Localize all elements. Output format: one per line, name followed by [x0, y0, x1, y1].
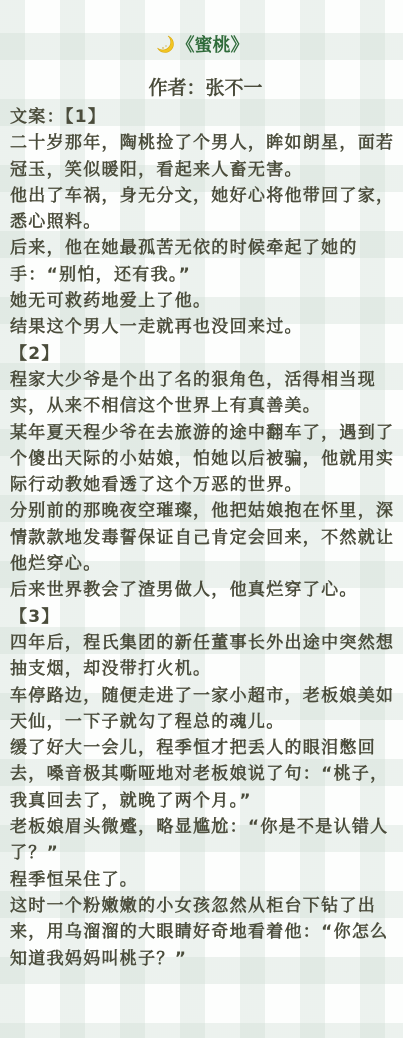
section-marker: 【2】: [10, 341, 400, 367]
text-line: 程家大少爷是个出了名的狠角色，活得相当现: [10, 367, 400, 393]
text-line: 情款款地发毒誓保证自己肯定会回来，不然就让: [10, 525, 400, 551]
text-line: 二十岁那年，陶桃捡了个男人，眸如朗星，面若: [10, 130, 400, 156]
text-line: 知道我妈妈叫桃子？”: [10, 946, 400, 972]
text-line: 抽支烟，却没带打火机。: [10, 656, 400, 682]
text-line: 悉心照料。: [10, 209, 400, 235]
section-marker: 【3】: [10, 604, 400, 630]
text-line: 缓了好大一会儿，程季恒才把丢人的眼泪憋回: [10, 735, 400, 761]
text-line: 后来世界教会了渣男做人，他真烂穿了心。: [10, 577, 400, 603]
text-line: 实，从来不相信这个世界上有真善美。: [10, 393, 400, 419]
author-line: 作者：张不一: [0, 75, 403, 101]
text-line: 他出了车祸，身无分文，她好心将他带回了家，: [10, 183, 400, 209]
text-line: 冠玉，笑似暖阳，看起来人畜无害。: [10, 157, 400, 183]
text-line: 程季恒呆住了。: [10, 867, 400, 893]
text-line: 个傻出天际的小姑娘，怕她以后被骗，他就用实: [10, 446, 400, 472]
text-line: 了？”: [10, 840, 400, 866]
text-line: 老板娘眉头微蹙，略显尴尬：“你是不是认错人: [10, 814, 400, 840]
text-line: 天仙，一下子就勾了程总的魂儿。: [10, 709, 400, 735]
text-line: 际行动教她看透了这个万恶的世界。: [10, 472, 400, 498]
book-title: 《蜜桃》: [177, 35, 249, 56]
text-line: 某年夏天程少爷在去旅游的途中翻车了，遇到了: [10, 420, 400, 446]
text-line: 这时一个粉嫩嫩的小女孩忽然从柜台下钻了出: [10, 893, 400, 919]
text-line: 车停路边，随便走进了一家小超市，老板娘美如: [10, 683, 400, 709]
book-title-row: 《蜜桃》: [0, 33, 403, 59]
text-line: 结果这个男人一走就再也没回来过。: [10, 314, 400, 340]
synopsis-text: 文案：【1】 二十岁那年，陶桃捡了个男人，眸如朗星，面若 冠玉，笑似暖阳，看起来…: [10, 104, 400, 972]
text-line: 来，用乌溜溜的大眼睛好奇地看着他：“你怎么: [10, 919, 400, 945]
text-line: 去，嗓音极其嘶哑地对老板娘说了句：“桃子，: [10, 761, 400, 787]
text-line: 文案：【1】: [10, 104, 400, 130]
text-line: 后来，他在她最孤苦无依的时候牵起了她的: [10, 235, 400, 261]
text-line: 四年后，程氏集团的新任董事长外出途中突然想: [10, 630, 400, 656]
text-line: 手：“别怕，还有我。”: [10, 262, 400, 288]
text-line: 她无可救药地爱上了他。: [10, 288, 400, 314]
text-line: 分别前的那晚夜空璀璨，他把姑娘抱在怀里，深: [10, 498, 400, 524]
text-line: 他烂穿心。: [10, 551, 400, 577]
crescent-moon-icon: [155, 34, 175, 54]
text-line: 我真回去了，就晚了两个月。”: [10, 788, 400, 814]
